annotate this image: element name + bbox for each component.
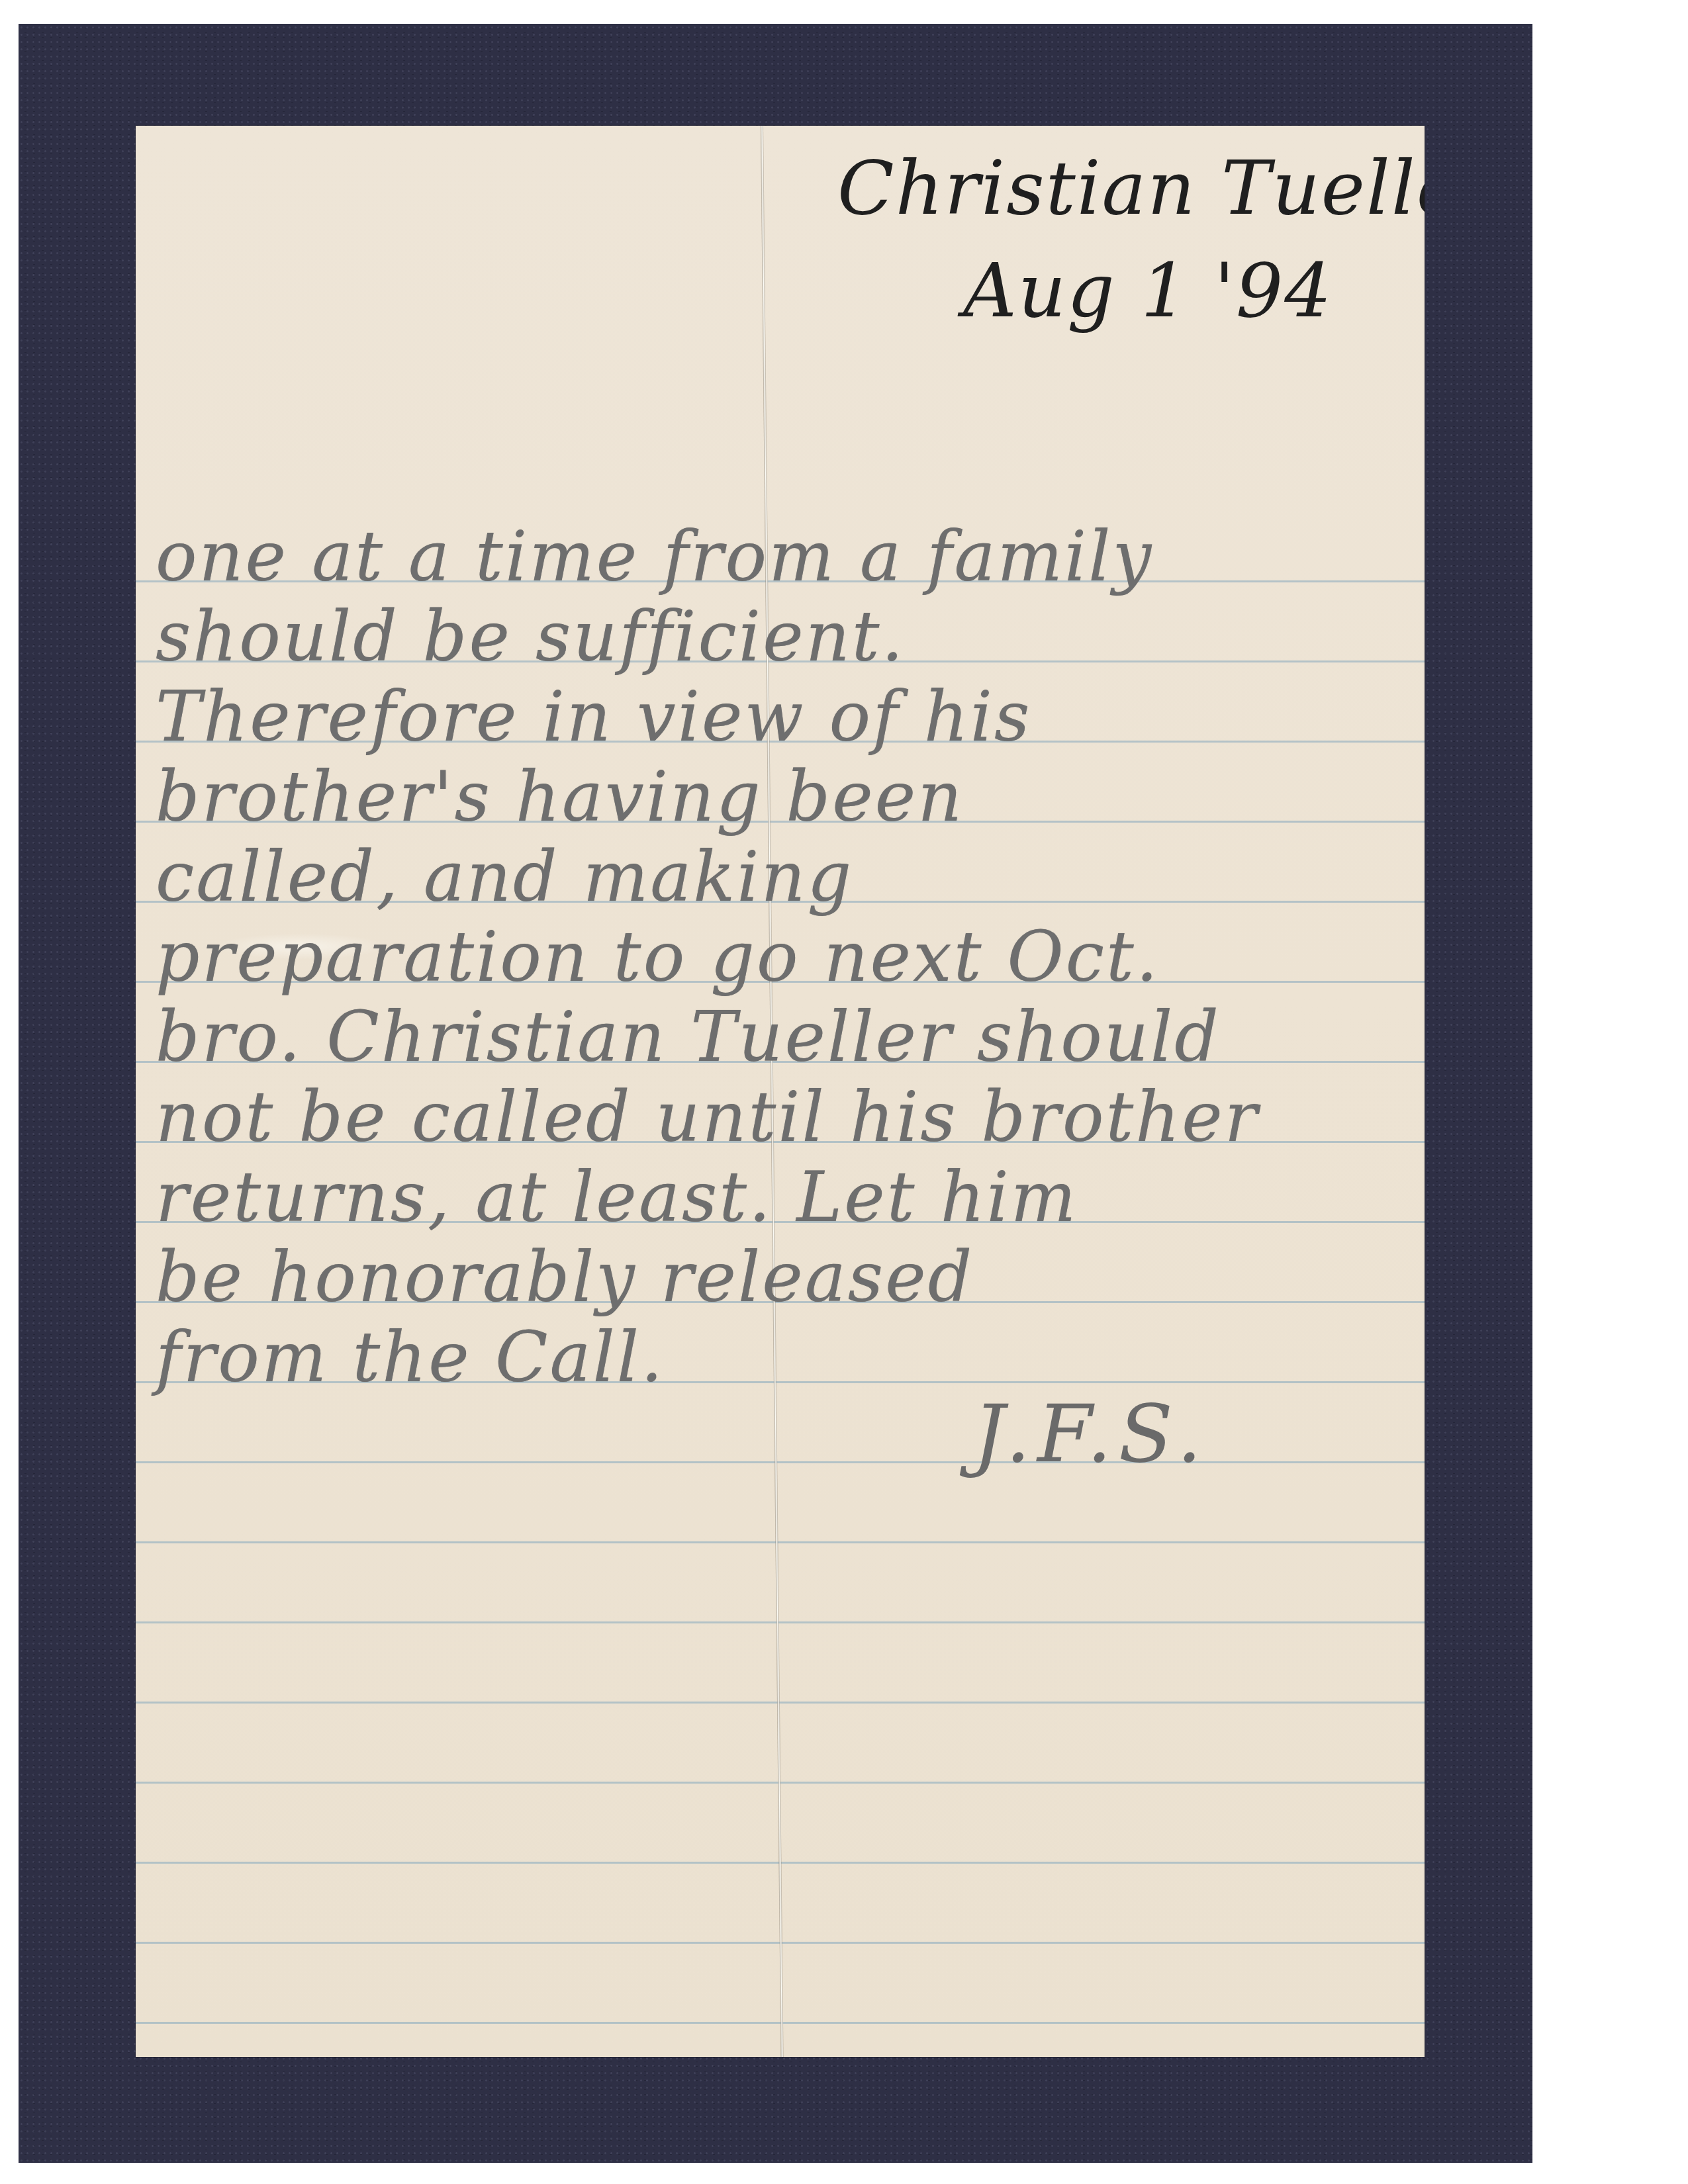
body-line: returns, at least. Let him [156, 1163, 1078, 1232]
letter-paper: Christian Tueller Aug 1 '94 one at a tim… [136, 126, 1425, 2057]
body-line: preparation to go next Oct. [156, 923, 1160, 991]
body-line: be honorably released [156, 1243, 974, 1312]
signature-initials: J.F.S. [973, 1395, 1209, 1475]
body-line: from the Call. [156, 1323, 665, 1392]
header-date: Aug 1 '94 [963, 248, 1333, 334]
body-line: called, and making [156, 842, 853, 911]
body-line: bro. Christian Tueller should [156, 1003, 1221, 1071]
body-line: brother's having been [156, 762, 964, 831]
rule-line [136, 1461, 1425, 1463]
body-line: not be called until his brother [156, 1083, 1260, 1152]
rule-line [136, 1702, 1425, 1704]
body-line: one at a time from a family [156, 522, 1153, 591]
rule-line [136, 1621, 1425, 1623]
body-line: should be sufficient. [156, 602, 906, 671]
header-name: Christian Tueller [837, 146, 1425, 232]
rule-line [136, 1541, 1425, 1543]
body-line: Therefore in view of his [156, 682, 1031, 751]
